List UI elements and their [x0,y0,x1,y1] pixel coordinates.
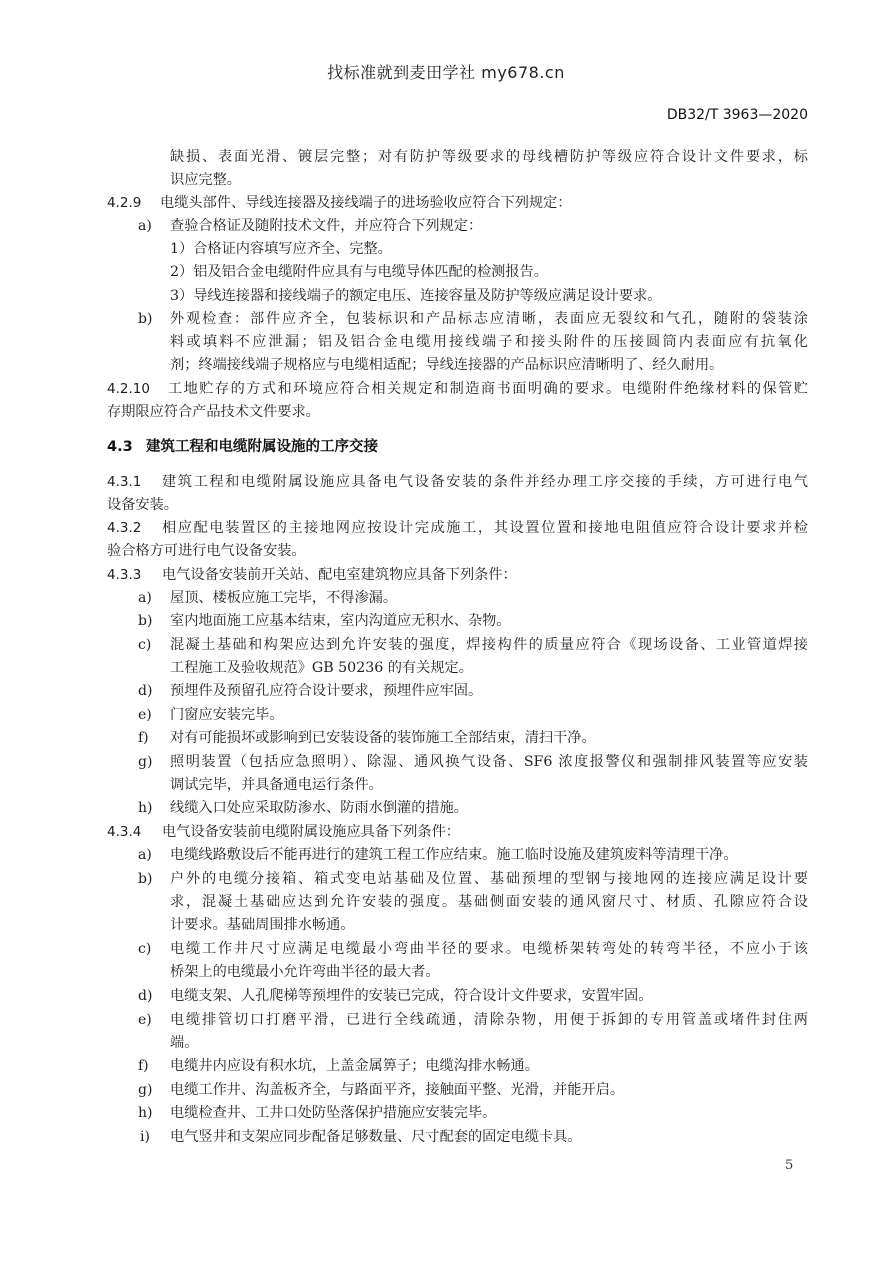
list-item-text: 电缆支架、人孔爬梯等预埋件的安装已完成，符合设计文件要求，安置牢固。 [170,986,652,1006]
list-item-text: 室内地面施工应基本结束，室内沟道应无积水、杂物。 [170,611,511,631]
clause-text: 工地贮存的方式和环境应符合相关规定和制造商书面明确的要求。电缆附件绝缘材料的保管… [168,379,808,399]
list-marker: e) [138,705,152,725]
list-marker: f) [138,1056,149,1076]
continuation-line: 识应完整。 [170,170,241,190]
list-item-text: 电缆工作井、沟盖板齐全，与路面平齐，接触面平整、光滑，并能开启。 [170,1080,624,1100]
clause-number: 4.3.3 [107,565,141,585]
sub-item: 1）合格证内容填写应齐全、完整。 [170,239,392,259]
list-marker: a) [138,845,152,865]
list-item-text: 剂；终端接线端子规格应与电缆相适配；导线连接器的产品标识应清晰明了、经久耐用。 [170,355,723,375]
list-marker: i) [140,1127,150,1147]
clause-number: 4.2.9 [107,193,141,213]
list-item-text: 求，混凝土基础应达到允许安装的强度。基础侧面安装的通风窗尺寸、材质、孔隙应符合设 [170,892,808,912]
list-item-text: 端。 [170,1033,198,1053]
list-item-text: 电缆排管切口打磨平滑，已进行全线疏通，清除杂物，用便于拆卸的专用管盖或堵件封住两 [170,1010,808,1030]
document-page: 找标准就到麦田学社 my678.cn DB32/T 3963—2020 缺损、表… [0,0,892,1262]
page-number: 5 [785,1158,793,1173]
list-item-text: 桥架上的电缆最小允许弯曲半径的最大者。 [170,962,440,982]
list-marker: b) [138,611,152,631]
sub-item: 3）导线连接器和接线端子的额定电压、连接容量及防护等级应满足设计要求。 [170,286,661,306]
list-item-text: 料或填料不应泄漏；铝及铝合金电缆用接线端子和接头附件的压接圆筒内表面应有抗氧化 [170,332,808,352]
clause-number: 4.3.1 [107,472,141,492]
list-item-text: 户外的电缆分接箱、箱式变电站基础及位置、基础预埋的型钢与接地网的连接应满足设计要 [170,869,808,889]
section-number: 4.3 [107,437,133,457]
list-item-text: 预埋件及预留孔应符合设计要求，预埋件应牢固。 [170,681,482,701]
list-marker: h) [138,798,152,818]
list-item-text: 调试完毕，并具备通电运行条件。 [170,775,383,795]
list-item-text: 电气竖井和支架应同步配备足够数量、尺寸配套的固定电缆卡具。 [170,1127,581,1147]
list-item-text: 对有可能损坏或影响到已安装设备的装饰施工全部结束，清扫干净。 [170,728,596,748]
list-item-text: 门窗应安装完毕。 [170,705,284,725]
clause-text: 电气设备安装前电缆附属设施应具备下列条件： [162,822,460,842]
section-title: 建筑工程和电缆附属设施的工序交接 [146,437,378,457]
list-item-text: 照明装置（包括应急照明）、除湿、通风换气设备、SF6 浓度报警仪和强制排风装置等… [170,752,808,772]
list-marker: f) [138,728,149,748]
clause-text: 建筑工程和电缆附属设施应具备电气设备安装的条件并经办理工序交接的手续，方可进行电… [162,472,808,492]
list-marker: b) [138,309,152,329]
list-marker: h) [138,1103,152,1123]
list-item-text: 电缆井内应设有积水坑，上盖金属箅子；电缆沟排水畅通。 [170,1056,539,1076]
list-marker: c) [138,939,151,959]
list-item-text: 电缆线路敷设后不能再进行的建筑工程工作应结束。施工临时设施及建筑废料等清理干净。 [170,845,738,865]
continuation-line: 缺损、表面光滑、镀层完整；对有防护等级要求的母线槽防护等级应符合设计文件要求，标 [170,147,808,167]
clause-number: 4.2.10 [107,379,150,399]
list-marker: d) [138,986,152,1006]
list-marker: d) [138,681,152,701]
list-marker: a) [138,588,152,608]
list-item-text: 线缆入口处应采取防渗水、防雨水倒灌的措施。 [170,798,468,818]
list-marker: a) [138,216,152,236]
clause-number: 4.3.4 [107,822,141,842]
list-item-text: 屋顶、楼板应施工完毕，不得渗漏。 [170,588,397,608]
clause-text: 电气设备安装前开关站、配电室建筑物应具备下列条件： [162,565,517,585]
clause-number: 4.3.2 [107,518,141,538]
sub-item: 2）铝及铝合金电缆附件应具有与电缆导体匹配的检测报告。 [170,262,548,282]
list-marker: c) [138,635,151,655]
list-item-text: 电缆工作井尺寸应满足电缆最小弯曲半径的要求。电缆桥架转弯处的转弯半径，不应小于该 [170,939,808,959]
list-marker: b) [138,869,152,889]
list-item-text: 工程施工及验收规范》GB 50236 的有关规定。 [170,658,473,678]
clause-text: 相应配电装置区的主接地网应按设计完成施工，其设置位置和接地电阻值应符合设计要求并… [162,518,808,538]
clause-text: 设备安装。 [107,495,178,515]
clause-text: 存期限应符合产品技术文件要求。 [107,402,320,422]
list-item-text: 计要求。基础周围排水畅通。 [170,915,354,935]
clause-text: 电缆头部件、导线连接器及接线端子的进场验收应符合下列规定： [160,193,571,213]
list-item-text: 查验合格证及随附技术文件，并应符合下列规定： [170,216,482,236]
document-id: DB32/T 3963—2020 [667,107,808,123]
watermark-header: 找标准就到麦田学社 my678.cn [0,60,892,83]
list-item-text: 混凝土基础和构架应达到允许安装的强度，焊接构件的质量应符合《现场设备、工业管道焊… [170,635,808,655]
list-marker: e) [138,1010,152,1030]
list-marker: g) [138,1080,152,1100]
clause-text: 验合格方可进行电气设备安装。 [107,541,306,561]
list-item-text: 外观检查：部件应齐全，包装标识和产品标志应清晰，表面应无裂纹和气孔，随附的袋装涂 [170,309,808,329]
list-item-text: 电缆检查井、工井口处防坠落保护措施应安装完毕。 [170,1103,496,1123]
list-marker: g) [138,752,152,772]
